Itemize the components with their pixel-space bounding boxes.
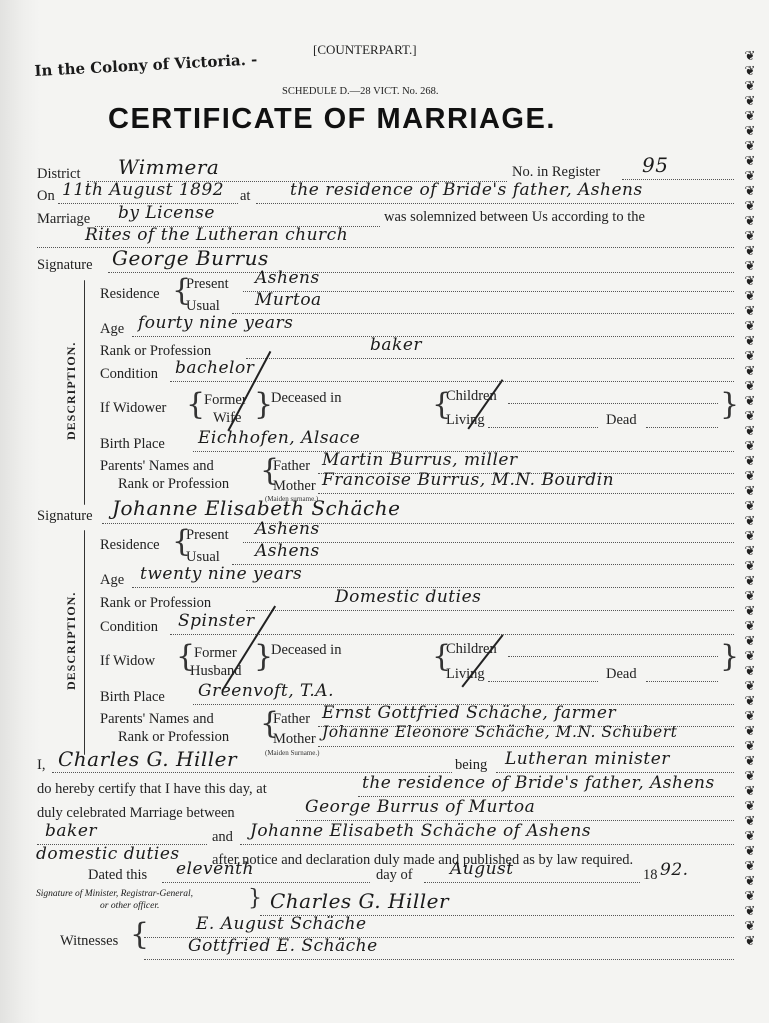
at-label: at [240, 188, 250, 205]
ornament-glyph: ❦ [745, 273, 756, 288]
register-value: 95 [642, 153, 668, 177]
bride-condition-label: Condition [100, 619, 158, 636]
groom-father-label: Father [273, 458, 310, 475]
date-value: 11th August 1892 [62, 180, 224, 200]
ornament-glyph: ❦ [745, 393, 756, 408]
and-label: and [212, 829, 233, 846]
groom-birthplace-label: Birth Place [100, 436, 165, 453]
bride-present-label: Present [186, 527, 229, 544]
ornament-glyph: ❦ [745, 633, 756, 648]
officiant-title: Lutheran minister [505, 749, 670, 769]
groom-parents-label: Parents' Names and [100, 458, 214, 475]
witness-2: Gottfried E. Schäche [188, 936, 378, 956]
ornament-glyph: ❦ [745, 348, 756, 363]
party1-occupation: baker [45, 821, 97, 841]
schedule-label: SCHEDULE D.—28 VICT. No. 268. [282, 86, 439, 97]
bride-signature: Johanne Elisabeth Schäche [112, 496, 400, 520]
ornament-glyph: ❦ [745, 618, 756, 633]
ornament-glyph: ❦ [745, 543, 756, 558]
minister-signature: Charles G. Hiller [270, 889, 449, 913]
ornament-glyph: ❦ [745, 483, 756, 498]
ornament-glyph: ❦ [745, 663, 756, 678]
groom-condition: bachelor [175, 358, 254, 378]
groom-residence-label: Residence [100, 286, 160, 303]
bride-rank: Domestic duties [335, 587, 481, 607]
ornament-glyph: ❦ [745, 693, 756, 708]
ornament-glyph: ❦ [745, 768, 756, 783]
witness-1: E. August Schäche [196, 914, 367, 934]
ornament-glyph: ❦ [745, 813, 756, 828]
ornament-glyph: ❦ [745, 408, 756, 423]
district-value: Wimmera [118, 155, 219, 179]
on-label: On [37, 188, 55, 205]
year-suffix: 92. [660, 860, 689, 880]
ornament-glyph: ❦ [745, 888, 756, 903]
ornament-glyph: ❦ [745, 48, 756, 63]
ornament-glyph: ❦ [745, 603, 756, 618]
groom-present-residence: Ashens [255, 268, 320, 288]
bride-mother: Johanne Eleonore Schäche, M.N. Schubert [322, 723, 677, 741]
dated-month: August [450, 859, 514, 879]
officiant-name: Charles G. Hiller [58, 747, 237, 771]
bride-rank-label: Rank or Profession [100, 595, 211, 612]
ornament-glyph: ❦ [745, 723, 756, 738]
ornament-glyph: ❦ [745, 138, 756, 153]
bride-deceased-label: Deceased in [271, 642, 341, 659]
bride-signature-label: Signature [37, 508, 93, 525]
minister-signature-label: Signature of Minister, Registrar-General… [36, 889, 193, 899]
bride-parents-rank-label: Rank or Profession [118, 729, 229, 746]
ornament-glyph: ❦ [745, 858, 756, 873]
ornament-glyph: ❦ [745, 288, 756, 303]
ornament-glyph: ❦ [745, 78, 756, 93]
counterpart-label: [COUNTERPART.] [313, 42, 417, 58]
page-shadow [0, 0, 40, 1023]
minister-signature-label-2: or other officer. [100, 901, 159, 911]
groom-father: Martin Burrus, miller [322, 450, 518, 470]
dated-day: eleventh [176, 859, 254, 879]
groom-parents-rank-label: Rank or Profession [118, 476, 229, 493]
ornament-glyph: ❦ [745, 843, 756, 858]
groom-description-label: DESCRIPTION. [64, 342, 79, 440]
register-label: No. in Register [512, 164, 600, 181]
groom-rank: baker [370, 335, 422, 355]
ornament-glyph: ❦ [745, 453, 756, 468]
ornament-glyph: ❦ [745, 708, 756, 723]
groom-mother: Francoise Burrus, M.N. Bourdin [322, 470, 614, 490]
bride-age-label: Age [100, 572, 124, 589]
decorative-border: ❦❦❦❦❦❦❦❦❦❦❦❦❦❦❦❦❦❦❦❦❦❦❦❦❦❦❦❦❦❦❦❦❦❦❦❦❦❦❦❦… [738, 48, 762, 968]
bride-widow-label: If Widow [100, 653, 155, 670]
witnesses-label: Witnesses [60, 933, 118, 950]
ornament-glyph: ❦ [745, 168, 756, 183]
ornament-glyph: ❦ [745, 63, 756, 78]
bride-description-label: DESCRIPTION. [64, 592, 79, 690]
groom-deceased-label: Deceased in [271, 390, 341, 407]
bride-condition: Spinster [178, 611, 255, 631]
bride-mother-label: Mother [273, 731, 316, 748]
groom-birthplace: Eichhofen, Alsace [198, 428, 360, 448]
ornament-glyph: ❦ [745, 123, 756, 138]
ornament-glyph: ❦ [745, 648, 756, 663]
marriage-value: by License [118, 203, 215, 223]
certify-place: the residence of Bride's father, Ashens [362, 773, 715, 793]
bride-present-residence: Ashens [255, 519, 320, 539]
ornament-glyph: ❦ [745, 258, 756, 273]
colony-label: In the Colony of Victoria. - [34, 50, 258, 80]
ornament-glyph: ❦ [745, 438, 756, 453]
groom-condition-label: Condition [100, 366, 158, 383]
ornament-glyph: ❦ [745, 798, 756, 813]
ornament-glyph: ❦ [745, 783, 756, 798]
groom-present-label: Present [186, 276, 229, 293]
groom-usual-residence: Murtoa [255, 290, 322, 310]
ornament-glyph: ❦ [745, 93, 756, 108]
solemnized-text: was solemnized between Us according to t… [384, 209, 645, 226]
ornament-glyph: ❦ [745, 738, 756, 753]
ornament-glyph: ❦ [745, 243, 756, 258]
marriage-label: Marriage [37, 211, 90, 228]
ornament-glyph: ❦ [745, 318, 756, 333]
bride-parents-label: Parents' Names and [100, 711, 214, 728]
ornament-glyph: ❦ [745, 933, 756, 948]
i-label: I, [37, 757, 45, 774]
year-prefix: 18 [643, 867, 658, 884]
ornament-glyph: ❦ [745, 213, 756, 228]
ornament-glyph: ❦ [745, 423, 756, 438]
ornament-glyph: ❦ [745, 588, 756, 603]
groom-age-label: Age [100, 321, 124, 338]
ornament-glyph: ❦ [745, 513, 756, 528]
day-of-label: day of [376, 867, 413, 884]
bride-maiden-label: (Maiden Surname.) [265, 749, 319, 757]
ornament-glyph: ❦ [745, 378, 756, 393]
ornament-glyph: ❦ [745, 873, 756, 888]
bride-birthplace: Greenvoft, T.A. [198, 681, 334, 701]
ornament-glyph: ❦ [745, 468, 756, 483]
groom-signature: George Burrus [112, 246, 269, 270]
party1-name: George Burrus of Murtoa [305, 797, 535, 817]
ornament-glyph: ❦ [745, 753, 756, 768]
ornament-glyph: ❦ [745, 678, 756, 693]
ornament-glyph: ❦ [745, 918, 756, 933]
bride-birthplace-label: Birth Place [100, 689, 165, 706]
party2-occupation: domestic duties [36, 844, 180, 864]
being-label: being [455, 757, 487, 774]
ornament-glyph: ❦ [745, 303, 756, 318]
bride-age: twenty nine years [140, 564, 302, 584]
ornament-glyph: ❦ [745, 363, 756, 378]
ornament-glyph: ❦ [745, 558, 756, 573]
ornament-glyph: ❦ [745, 498, 756, 513]
ornament-glyph: ❦ [745, 153, 756, 168]
ornament-glyph: ❦ [745, 108, 756, 123]
bride-residence-label: Residence [100, 537, 160, 554]
bride-former-label: Former [194, 645, 237, 662]
ornament-glyph: ❦ [745, 573, 756, 588]
ornament-glyph: ❦ [745, 183, 756, 198]
place-value: the residence of Bride's father, Ashens [290, 180, 643, 200]
bride-father-label: Father [273, 711, 310, 728]
rites-value: Rites of the Lutheran church [85, 225, 348, 245]
bride-usual-residence: Ashens [255, 541, 320, 561]
bride-dead-label: Dead [606, 666, 637, 683]
celebrated-text: duly celebrated Marriage between [37, 805, 235, 822]
certify-text: do hereby certify that I have this day, … [37, 781, 267, 798]
ornament-glyph: ❦ [745, 828, 756, 843]
bride-father: Ernst Gottfried Schäche, farmer [322, 703, 616, 723]
ornament-glyph: ❦ [745, 198, 756, 213]
groom-dead-label: Dead [606, 412, 637, 429]
ornament-glyph: ❦ [745, 528, 756, 543]
party2-name: Johanne Elisabeth Schäche of Ashens [250, 821, 591, 841]
ornament-glyph: ❦ [745, 333, 756, 348]
ornament-glyph: ❦ [745, 903, 756, 918]
groom-age: fourty nine years [138, 313, 293, 333]
dated-label: Dated this [88, 867, 147, 884]
page-title: CERTIFICATE OF MARRIAGE. [108, 103, 556, 136]
groom-widower-label: If Widower [100, 400, 166, 417]
groom-mother-label: Mother [273, 478, 316, 495]
notice-text: after notice and declaration duly made a… [212, 852, 633, 869]
groom-signature-label: Signature [37, 257, 93, 274]
ornament-glyph: ❦ [745, 228, 756, 243]
